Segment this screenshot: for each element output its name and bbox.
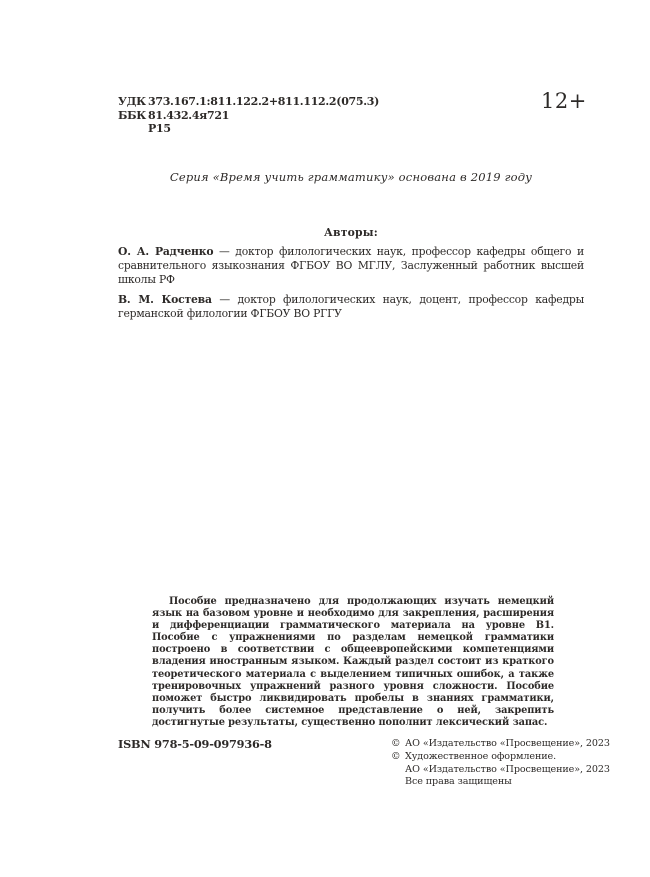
udk-value: 373.167.1:811.122.2+811.112.2(075.3) [148,95,379,109]
bbk-value: 81.432.4я721 [148,109,229,123]
author-name: В. М. Костева [118,293,212,306]
copyright-line: © Художественное оформление. [391,751,610,764]
author-name: О. А. Радченко [118,245,213,258]
imprint-page: УДК 373.167.1:811.122.2+811.112.2(075.3)… [0,0,650,877]
annotation-paragraph: Пособие предназначено для продолжающих и… [152,596,554,729]
copyright-text: Все права защищены [405,776,512,789]
age-rating-badge: 12+ [541,88,587,114]
copyright-block: © АО «Издательство «Просвещение», 2023 ©… [391,738,610,789]
copyright-line: АО «Издательство «Просвещение», 2023 [391,764,610,777]
bbk-label: ББК [118,109,148,123]
author-entry: В. М. Костева — доктор филологических на… [118,293,584,321]
copyright-text: АО «Издательство «Просвещение», 2023 [405,738,610,751]
author-sign-line: Р15 [118,122,379,136]
isbn: ISBN 978-5-09-097936-8 [118,737,272,751]
cataloguing-block: УДК 373.167.1:811.122.2+811.112.2(075.3)… [118,95,379,136]
copyright-icon: © [391,751,405,764]
author-entry: О. А. Радченко — доктор филологических н… [118,245,584,287]
authors-block: Авторы: О. А. Радченко — доктор филологи… [118,226,584,327]
copyright-text: АО «Издательство «Просвещение», 2023 [405,764,610,777]
bbk-line: ББК 81.432.4я721 [118,109,379,123]
authors-heading: Авторы: [118,226,584,240]
udk-line: УДК 373.167.1:811.122.2+811.112.2(075.3) [118,95,379,109]
copyright-line: © АО «Издательство «Просвещение», 2023 [391,738,610,751]
copyright-line: Все права защищены [391,776,610,789]
author-sign: Р15 [148,122,171,136]
series-note: Серия «Время учить грамматику» основана … [118,170,584,184]
udk-label: УДК [118,95,148,109]
copyright-text: Художественное оформление. [405,751,556,764]
copyright-icon: © [391,738,405,751]
